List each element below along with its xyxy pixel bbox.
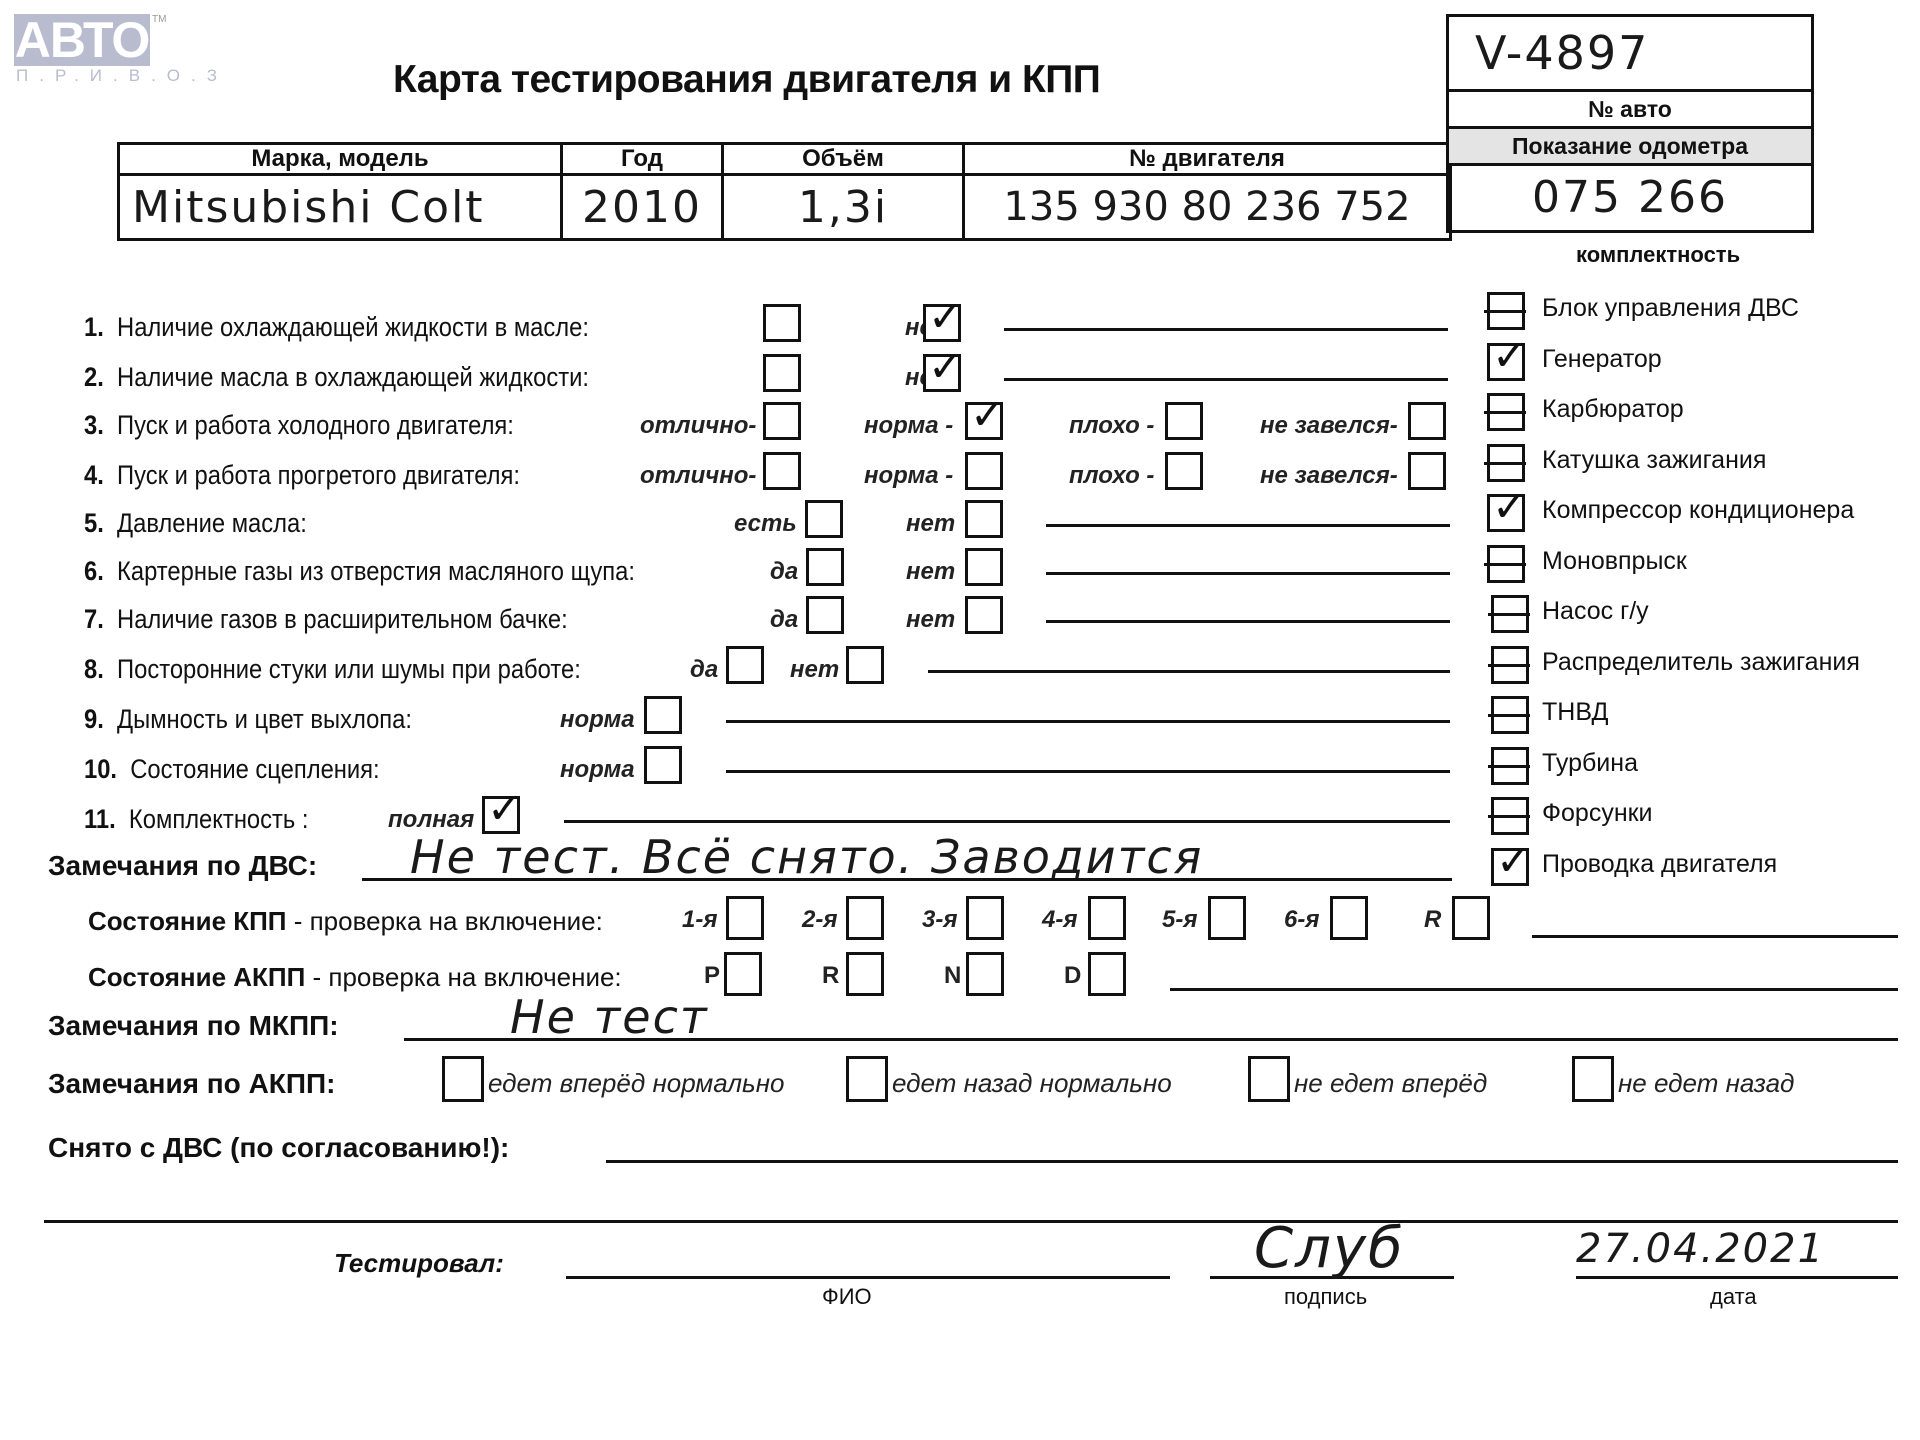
logo-subtitle: П.Р.И.В.О.З — [16, 66, 228, 86]
option-label: да — [690, 656, 718, 684]
comment-line[interactable] — [928, 670, 1450, 673]
kit-checkbox-5[interactable]: ✓ — [1487, 494, 1525, 532]
dash-mark-icon — [1488, 714, 1530, 717]
checkbox-q4-2[interactable] — [965, 452, 1003, 490]
kpp-gear-label: 2-я — [802, 906, 837, 934]
option-label: норма - — [864, 412, 953, 440]
col-header-year: Год — [562, 144, 723, 175]
option-label: нет — [790, 656, 839, 684]
checkbox-q11-1[interactable]: ✓ — [482, 796, 520, 834]
checkbox-q7-1[interactable] — [806, 596, 844, 634]
akpp-gear-checkbox-4[interactable] — [1088, 952, 1126, 996]
kit-item-label: Генератор — [1542, 345, 1662, 374]
question-10: 10. Состояние сцепления: — [84, 754, 380, 785]
kit-item-label: Блок управления ДВС — [1542, 294, 1799, 323]
checkbox-q2-2[interactable]: ✓ — [923, 354, 961, 392]
question-text: Дымность и цвет выхлопа: — [117, 704, 412, 734]
kpp-label: Состояние КПП - проверка на включение: — [88, 906, 603, 937]
volume-field[interactable]: 1,3i — [723, 175, 964, 240]
kit-checkbox-9[interactable] — [1491, 696, 1529, 734]
tested-label: Тестировал: — [334, 1248, 504, 1279]
kpp-gear-label: R — [1424, 906, 1441, 934]
auto-number-box: V-4897 № авто Показание одометра 075 266 — [1446, 14, 1814, 233]
comment-line[interactable] — [1046, 620, 1450, 623]
checkbox-q1-1[interactable] — [763, 304, 801, 342]
auto-number-field[interactable]: V-4897 — [1449, 17, 1811, 92]
question-text: Пуск и работа холодного двигателя: — [117, 410, 514, 440]
checkmark-icon: ✓ — [487, 787, 522, 831]
akpp-remark-label: не едет назад — [1618, 1068, 1794, 1099]
question-text: Картерные газы из отверстия масляного щу… — [117, 556, 635, 586]
engine-remarks-label: Замечания по ДВС: — [48, 850, 317, 882]
comment-line[interactable] — [1004, 328, 1448, 331]
kit-item-label: Катушка зажигания — [1542, 446, 1766, 475]
question-number: 6. — [84, 556, 104, 586]
col-header-make-model: Марка, модель — [119, 144, 562, 175]
checkbox-q4-4[interactable] — [1408, 452, 1446, 490]
kit-item-label: Турбина — [1542, 749, 1638, 778]
checkmark-icon: ✓ — [1492, 485, 1527, 529]
question-text: Состояние сцепления: — [130, 754, 379, 784]
akpp-gear-label: P — [704, 962, 720, 990]
kpp-gear-checkbox-4[interactable] — [1088, 896, 1126, 940]
option-label: не завелся- — [1260, 462, 1398, 490]
akpp-gear-label: R — [822, 962, 839, 990]
question-4: 4. Пуск и работа прогретого двигателя: — [84, 460, 520, 491]
checkbox-q4-1[interactable] — [763, 452, 801, 490]
checkmark-icon: ✓ — [1492, 334, 1527, 378]
kit-item-label: Компрессор кондиционера — [1542, 496, 1854, 525]
date-caption: дата — [1710, 1284, 1757, 1310]
kpp-gear-checkbox-6[interactable] — [1330, 896, 1368, 940]
engine-number-field[interactable]: 135 930 80 236 752 — [964, 175, 1451, 240]
kit-item-label: Проводка двигателя — [1542, 850, 1777, 879]
comment-line[interactable] — [726, 720, 1450, 723]
dash-mark-icon — [1488, 765, 1530, 768]
question-3: 3. Пуск и работа холодного двигателя: — [84, 410, 514, 441]
checkbox-q6-1[interactable] — [806, 548, 844, 586]
question-1: 1. Наличие охлаждающей жидкости в масле: — [84, 312, 589, 343]
akpp-remark-checkbox-4[interactable] — [1572, 1056, 1614, 1102]
odometer-label: Показание одометра — [1449, 129, 1811, 166]
kit-checkbox-2[interactable]: ✓ — [1487, 343, 1525, 381]
option-label: отлично- — [640, 412, 756, 440]
dash-mark-icon — [1488, 815, 1530, 818]
question-number: 11. — [84, 804, 116, 834]
mkpp-remarks-field[interactable]: Не тест — [510, 990, 709, 1044]
auto-number-label: № авто — [1449, 92, 1811, 129]
date-field[interactable]: 27.04.2021 — [1576, 1226, 1825, 1272]
question-11: 11. Комплектность : — [84, 804, 308, 835]
kpp-line — [1532, 935, 1898, 938]
dash-mark-icon — [1484, 411, 1526, 414]
question-number: 10. — [84, 754, 117, 784]
akpp-gear-checkbox-3[interactable] — [966, 952, 1004, 996]
kpp-gear-checkbox-2[interactable] — [846, 896, 884, 940]
akpp-remark-label: едет вперёд нормально — [488, 1068, 784, 1099]
kit-checkbox-1[interactable] — [1487, 292, 1525, 330]
kpp-gear-checkbox-5[interactable] — [1208, 896, 1246, 940]
form-title: Карта тестирования двигателя и КПП — [393, 58, 1100, 102]
mkpp-remarks-line — [404, 1038, 1898, 1041]
akpp-line — [1170, 988, 1898, 991]
question-6: 6. Картерные газы из отверстия масляного… — [84, 556, 635, 587]
kit-checkbox-11[interactable] — [1491, 797, 1529, 835]
question-number: 9. — [84, 704, 104, 734]
question-number: 5. — [84, 508, 104, 538]
akpp-label: Состояние АКПП - проверка на включение: — [88, 962, 622, 993]
dash-mark-icon — [1488, 664, 1530, 667]
odometer-field[interactable]: 075 266 — [1449, 166, 1811, 230]
option-label: норма — [560, 706, 635, 734]
checkbox-q8-1[interactable] — [726, 646, 764, 684]
dash-mark-icon — [1484, 462, 1526, 465]
option-label: есть — [734, 510, 797, 538]
akpp-remark-checkbox-2[interactable] — [846, 1056, 888, 1102]
question-8: 8. Посторонние стуки или шумы при работе… — [84, 654, 581, 685]
date-line — [1576, 1276, 1898, 1279]
kit-checkbox-6[interactable] — [1487, 545, 1525, 583]
kit-item-label: Карбюратор — [1542, 395, 1684, 424]
checkbox-q9-1[interactable] — [644, 696, 682, 734]
akpp-remark-label: едет назад нормально — [892, 1068, 1172, 1099]
question-7: 7. Наличие газов в расширительном бачке: — [84, 604, 568, 635]
option-label: не завелся- — [1260, 412, 1398, 440]
question-number: 7. — [84, 604, 104, 634]
comment-line[interactable] — [564, 820, 1450, 823]
checkbox-q5-2[interactable] — [965, 500, 1003, 538]
checkmark-icon: ✓ — [970, 393, 1005, 437]
kpp-gear-label: 4-я — [1042, 906, 1077, 934]
kpp-gear-label: 1-я — [682, 906, 717, 934]
question-number: 1. — [84, 312, 104, 342]
checkbox-q10-1[interactable] — [644, 746, 682, 784]
signature: Слуб — [1254, 1216, 1405, 1281]
engine-remarks-line — [362, 878, 1452, 881]
akpp-gear-checkbox-1[interactable] — [724, 952, 762, 996]
option-label: отлично- — [640, 462, 756, 490]
kit-checkbox-12[interactable]: ✓ — [1491, 848, 1529, 886]
question-2: 2. Наличие масла в охлаждающей жидкости: — [84, 362, 589, 393]
make-model-field[interactable]: Mitsubishi Colt — [119, 175, 562, 240]
logo-trademark: TM — [152, 14, 166, 25]
dash-mark-icon — [1484, 310, 1526, 313]
question-9: 9. Дымность и цвет выхлопа: — [84, 704, 412, 735]
year-field[interactable]: 2010 — [562, 175, 723, 240]
option-label: плохо - — [1069, 462, 1154, 490]
kit-item-label: Насос г/у — [1542, 597, 1649, 626]
option-label: норма — [560, 756, 635, 784]
mkpp-remarks-label: Замечания по МКПП: — [48, 1010, 339, 1042]
option-label: нет — [906, 558, 955, 586]
dash-mark-icon — [1488, 613, 1530, 616]
kit-item-label: Форсунки — [1542, 799, 1653, 828]
col-header-volume: Объём — [723, 144, 964, 175]
option-label: нет — [906, 510, 955, 538]
checkbox-q3-3[interactable] — [1165, 402, 1203, 440]
option-label: да — [770, 606, 798, 634]
kit-checkbox-10[interactable] — [1491, 747, 1529, 785]
kit-item-label: ТНВД — [1542, 698, 1608, 727]
kit-checkbox-8[interactable] — [1491, 646, 1529, 684]
checkbox-q3-4[interactable] — [1408, 402, 1446, 440]
question-text: Пуск и работа прогретого двигателя: — [117, 460, 520, 490]
checkbox-q5-1[interactable] — [805, 500, 843, 538]
question-number: 8. — [84, 654, 104, 684]
kpp-gear-label: 5-я — [1162, 906, 1197, 934]
checkmark-icon: ✓ — [928, 345, 963, 389]
option-label: нет — [906, 606, 955, 634]
kpp-gear-checkbox-7[interactable] — [1452, 896, 1490, 940]
signature-caption: подпись — [1284, 1284, 1367, 1310]
checkmark-icon: ✓ — [928, 295, 963, 339]
kpp-gear-label: 6-я — [1284, 906, 1319, 934]
kit-title: комплектность — [1576, 242, 1740, 268]
engine-remarks-field[interactable]: Не тест. Всё снято. Заводится — [410, 830, 1203, 884]
removed-line — [606, 1160, 1898, 1163]
vehicle-info-table: Марка, модель Год Объём № двигателя Mits… — [117, 142, 1452, 241]
akpp-gear-label: D — [1064, 962, 1081, 990]
akpp-gear-label: N — [944, 962, 961, 990]
question-text: Наличие охлаждающей жидкости в масле: — [117, 312, 589, 342]
question-text: Давление масла: — [117, 508, 307, 538]
comment-line[interactable] — [1046, 572, 1450, 575]
akpp-remark-checkbox-3[interactable] — [1248, 1056, 1290, 1102]
checkbox-q8-2[interactable] — [846, 646, 884, 684]
akpp-remarks-label: Замечания по АКПП: — [48, 1068, 335, 1100]
kit-checkbox-4[interactable] — [1487, 444, 1525, 482]
question-text: Наличие масла в охлаждающей жидкости: — [117, 362, 589, 392]
option-label: норма - — [864, 462, 953, 490]
checkbox-q4-3[interactable] — [1165, 452, 1203, 490]
question-text: Наличие газов в расширительном бачке: — [117, 604, 568, 634]
company-logo: АВТО — [14, 14, 150, 66]
kit-item-label: Распределитель зажигания — [1542, 648, 1860, 677]
question-number: 2. — [84, 362, 104, 392]
checkbox-q3-1[interactable] — [763, 402, 801, 440]
question-5: 5. Давление масла: — [84, 508, 307, 539]
kpp-gear-checkbox-1[interactable] — [726, 896, 764, 940]
removed-label: Снято с ДВС (по согласованию!): — [48, 1132, 509, 1164]
kit-checkbox-7[interactable] — [1491, 595, 1529, 633]
checkbox-q6-2[interactable] — [965, 548, 1003, 586]
separator-line — [44, 1220, 1898, 1223]
akpp-remark-checkbox-1[interactable] — [442, 1056, 484, 1102]
question-text: Комплектность : — [129, 804, 309, 834]
comment-line[interactable] — [1004, 378, 1448, 381]
col-header-engine-number: № двигателя — [964, 144, 1451, 175]
checkbox-q7-2[interactable] — [965, 596, 1003, 634]
fio-caption: ФИО — [822, 1284, 872, 1310]
option-label: да — [770, 558, 798, 586]
comment-line[interactable] — [726, 770, 1450, 773]
question-number: 3. — [84, 410, 104, 440]
kit-item-label: Моновпрыск — [1542, 547, 1687, 576]
kpp-gear-label: 3-я — [922, 906, 957, 934]
question-number: 4. — [84, 460, 104, 490]
kpp-gear-checkbox-3[interactable] — [966, 896, 1004, 940]
akpp-gear-checkbox-2[interactable] — [846, 952, 884, 996]
checkbox-q1-2[interactable]: ✓ — [923, 304, 961, 342]
comment-line[interactable] — [1046, 524, 1450, 527]
checkbox-q3-2[interactable]: ✓ — [965, 402, 1003, 440]
dash-mark-icon — [1484, 563, 1526, 566]
kit-checkbox-3[interactable] — [1487, 393, 1525, 431]
akpp-remark-label: не едет вперёд — [1294, 1068, 1487, 1099]
checkbox-q2-1[interactable] — [763, 354, 801, 392]
question-text: Посторонние стуки или шумы при работе: — [117, 654, 581, 684]
checkmark-icon: ✓ — [1496, 839, 1531, 883]
fio-line[interactable] — [566, 1276, 1170, 1279]
option-label: плохо - — [1069, 412, 1154, 440]
